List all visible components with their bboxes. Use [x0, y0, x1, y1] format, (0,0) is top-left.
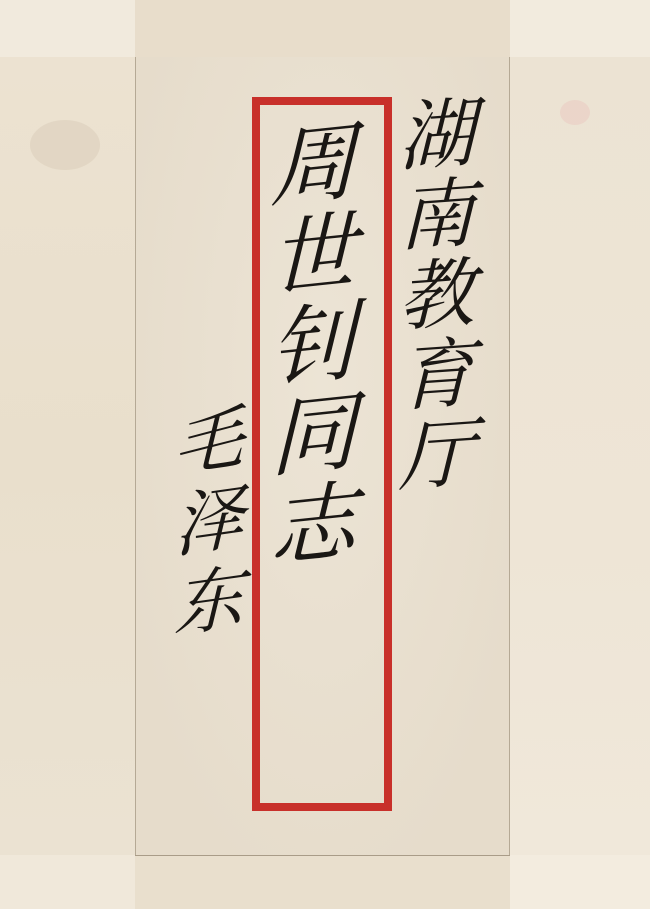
paper-stain — [30, 120, 100, 170]
paper-corner-top-right — [510, 0, 650, 57]
envelope-top-flap — [135, 0, 510, 58]
envelope-right-flap — [510, 57, 650, 855]
envelope-left-flap — [0, 57, 135, 855]
sender-calligraphy: 毛泽东 — [168, 400, 238, 650]
recipient-calligraphy: 周世钊同志 — [262, 115, 348, 574]
paper-stain — [560, 100, 590, 125]
address-calligraphy: 湖南教育厅 — [392, 92, 468, 497]
paper-corner-bottom-left — [0, 855, 135, 909]
paper-corner-top-left — [0, 0, 135, 57]
paper-corner-bottom-right — [510, 855, 650, 909]
envelope-bottom-flap — [135, 855, 510, 909]
